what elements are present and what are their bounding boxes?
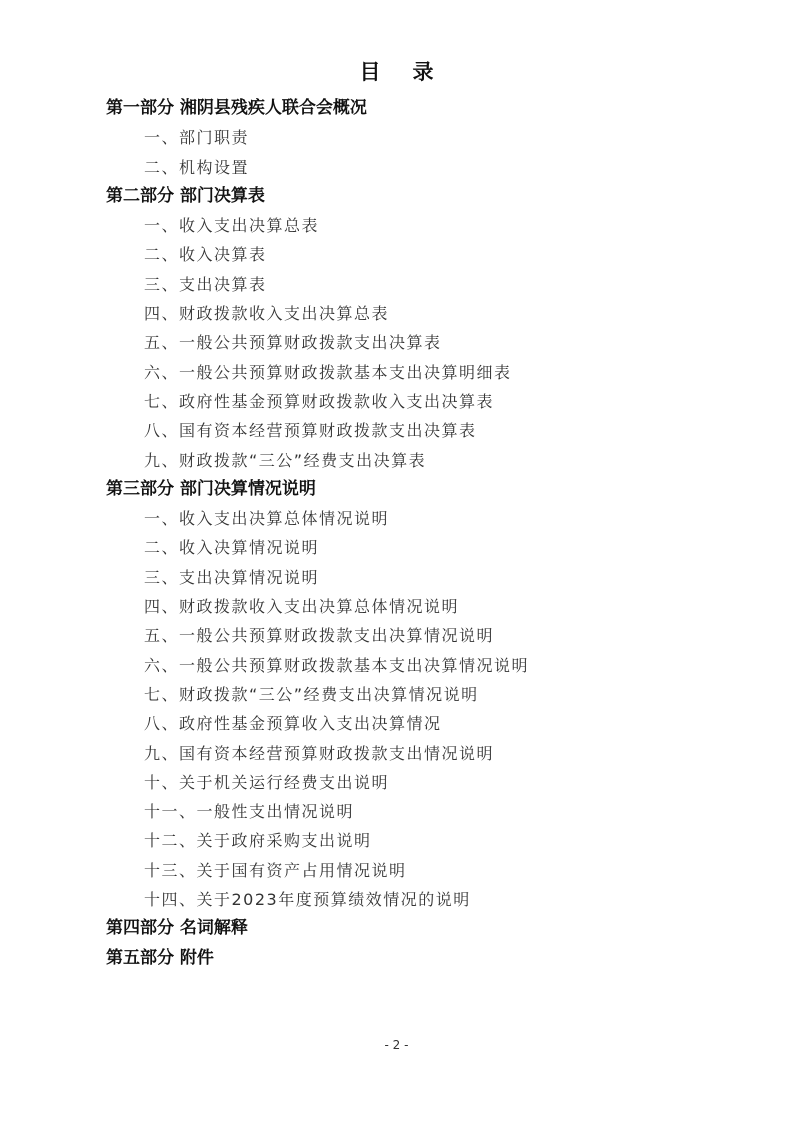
- toc-part-4[interactable]: 第四部分 名词解释: [106, 914, 733, 943]
- toc-item[interactable]: 一、收入支出决算总表: [106, 211, 733, 240]
- toc-item[interactable]: 二、收入决算表: [106, 240, 733, 269]
- page-title: 目录: [0, 56, 793, 86]
- toc-item[interactable]: 三、支出决算情况说明: [106, 563, 733, 592]
- title-char-2: 录: [413, 56, 434, 86]
- title-char-1: 目: [360, 56, 381, 86]
- toc-item[interactable]: 十三、关于国有资产占用情况说明: [106, 856, 733, 885]
- toc-item[interactable]: 十一、一般性支出情况说明: [106, 797, 733, 826]
- toc-item[interactable]: 十二、关于政府采购支出说明: [106, 826, 733, 855]
- toc-part-3[interactable]: 第三部分 部门决算情况说明: [106, 475, 733, 504]
- toc-item[interactable]: 四、财政拨款收入支出决算总表: [106, 299, 733, 328]
- toc-item[interactable]: 六、一般公共预算财政拨款基本支出决算情况说明: [106, 651, 733, 680]
- toc-item[interactable]: 九、国有资本经营预算财政拨款支出情况说明: [106, 739, 733, 768]
- toc-part-1[interactable]: 第一部分 湘阴县残疾人联合会概况: [106, 94, 733, 123]
- toc-part-2[interactable]: 第二部分 部门决算表: [106, 182, 733, 211]
- toc-part-5[interactable]: 第五部分 附件: [106, 944, 733, 973]
- toc-item[interactable]: 十四、关于2023年度预算绩效情况的说明: [106, 885, 733, 914]
- toc-item[interactable]: 十、关于机关运行经费支出说明: [106, 768, 733, 797]
- toc-item[interactable]: 二、机构设置: [106, 153, 733, 182]
- toc-item[interactable]: 四、财政拨款收入支出决算总体情况说明: [106, 592, 733, 621]
- page-number: - 2 -: [0, 1038, 793, 1052]
- toc-item[interactable]: 九、财政拨款“三公”经费支出决算表: [106, 446, 733, 475]
- toc-item[interactable]: 一、收入支出决算总体情况说明: [106, 504, 733, 533]
- toc-item[interactable]: 八、国有资本经营预算财政拨款支出决算表: [106, 416, 733, 445]
- toc-item[interactable]: 二、收入决算情况说明: [106, 533, 733, 562]
- toc-item[interactable]: 五、一般公共预算财政拨款支出决算表: [106, 328, 733, 357]
- toc-item[interactable]: 三、支出决算表: [106, 270, 733, 299]
- toc-item[interactable]: 七、财政拨款“三公”经费支出决算情况说明: [106, 680, 733, 709]
- toc-item[interactable]: 一、部门职责: [106, 123, 733, 152]
- toc-item[interactable]: 五、一般公共预算财政拨款支出决算情况说明: [106, 621, 733, 650]
- table-of-contents: 第一部分 湘阴县残疾人联合会概况 一、部门职责 二、机构设置 第二部分 部门决算…: [106, 94, 733, 973]
- toc-item[interactable]: 七、政府性基金预算财政拨款收入支出决算表: [106, 387, 733, 416]
- toc-item[interactable]: 八、政府性基金预算收入支出决算情况: [106, 709, 733, 738]
- toc-item[interactable]: 六、一般公共预算财政拨款基本支出决算明细表: [106, 358, 733, 387]
